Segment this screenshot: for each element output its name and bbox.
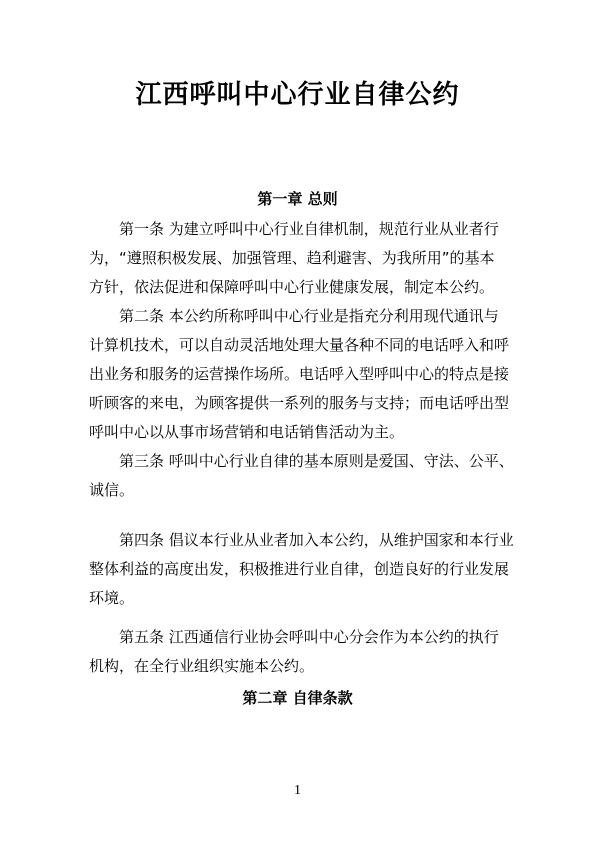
document-page: 江西呼叫中心行业自律公约 第一章 总则 第一条 为建立呼叫中心行业自律机制，规范… (0, 0, 595, 842)
article-line: 为，“遵照积极发展、加强管理、趋利避害、为我所用”的基本 (89, 248, 509, 268)
article-line: 第一条 为建立呼叫中心行业自律机制，规范行业从业者行 (119, 219, 539, 239)
article-line: 第二条 本公约所称呼叫中心行业是指充分利用现代通讯与 (119, 306, 539, 326)
article-line: 第三条 呼叫中心行业自律的基本原则是爱国、守法、公平、 (119, 451, 539, 471)
article-line: 诚信。 (89, 480, 509, 500)
article-line: 呼叫中心以从事市场营销和电话销售活动为主。 (89, 422, 509, 442)
article-line: 机构，在全行业组织实施本公约。 (89, 656, 509, 676)
article-line: 第五条 江西通信行业协会呼叫中心分会作为本公约的执行 (119, 627, 539, 647)
article-line: 环境。 (89, 588, 509, 608)
document-title: 江西呼叫中心行业自律公约 (0, 78, 595, 112)
article-line: 方针，依法促进和保障呼叫中心行业健康发展，制定本公约。 (89, 277, 509, 297)
article-line: 第四条 倡议本行业从业者加入本公约，从维护国家和本行业 (119, 530, 539, 550)
chapter-heading-1: 第一章 总则 (0, 189, 595, 209)
article-line: 整体利益的高度出发，积极推进行业自律，创造良好的行业发展 (89, 559, 509, 579)
page-number: 1 (0, 783, 595, 799)
article-line: 听顾客的来电，为顾客提供一系列的服务与支持；而电话呼出型 (89, 393, 509, 413)
chapter-heading-2: 第二章 自律条款 (0, 688, 595, 708)
article-line: 出业务和服务的运营操作场所。电话呼入型呼叫中心的特点是接 (89, 364, 509, 384)
article-line: 计算机技术，可以自动灵活地处理大量各种不同的电话呼入和呼 (89, 335, 509, 355)
